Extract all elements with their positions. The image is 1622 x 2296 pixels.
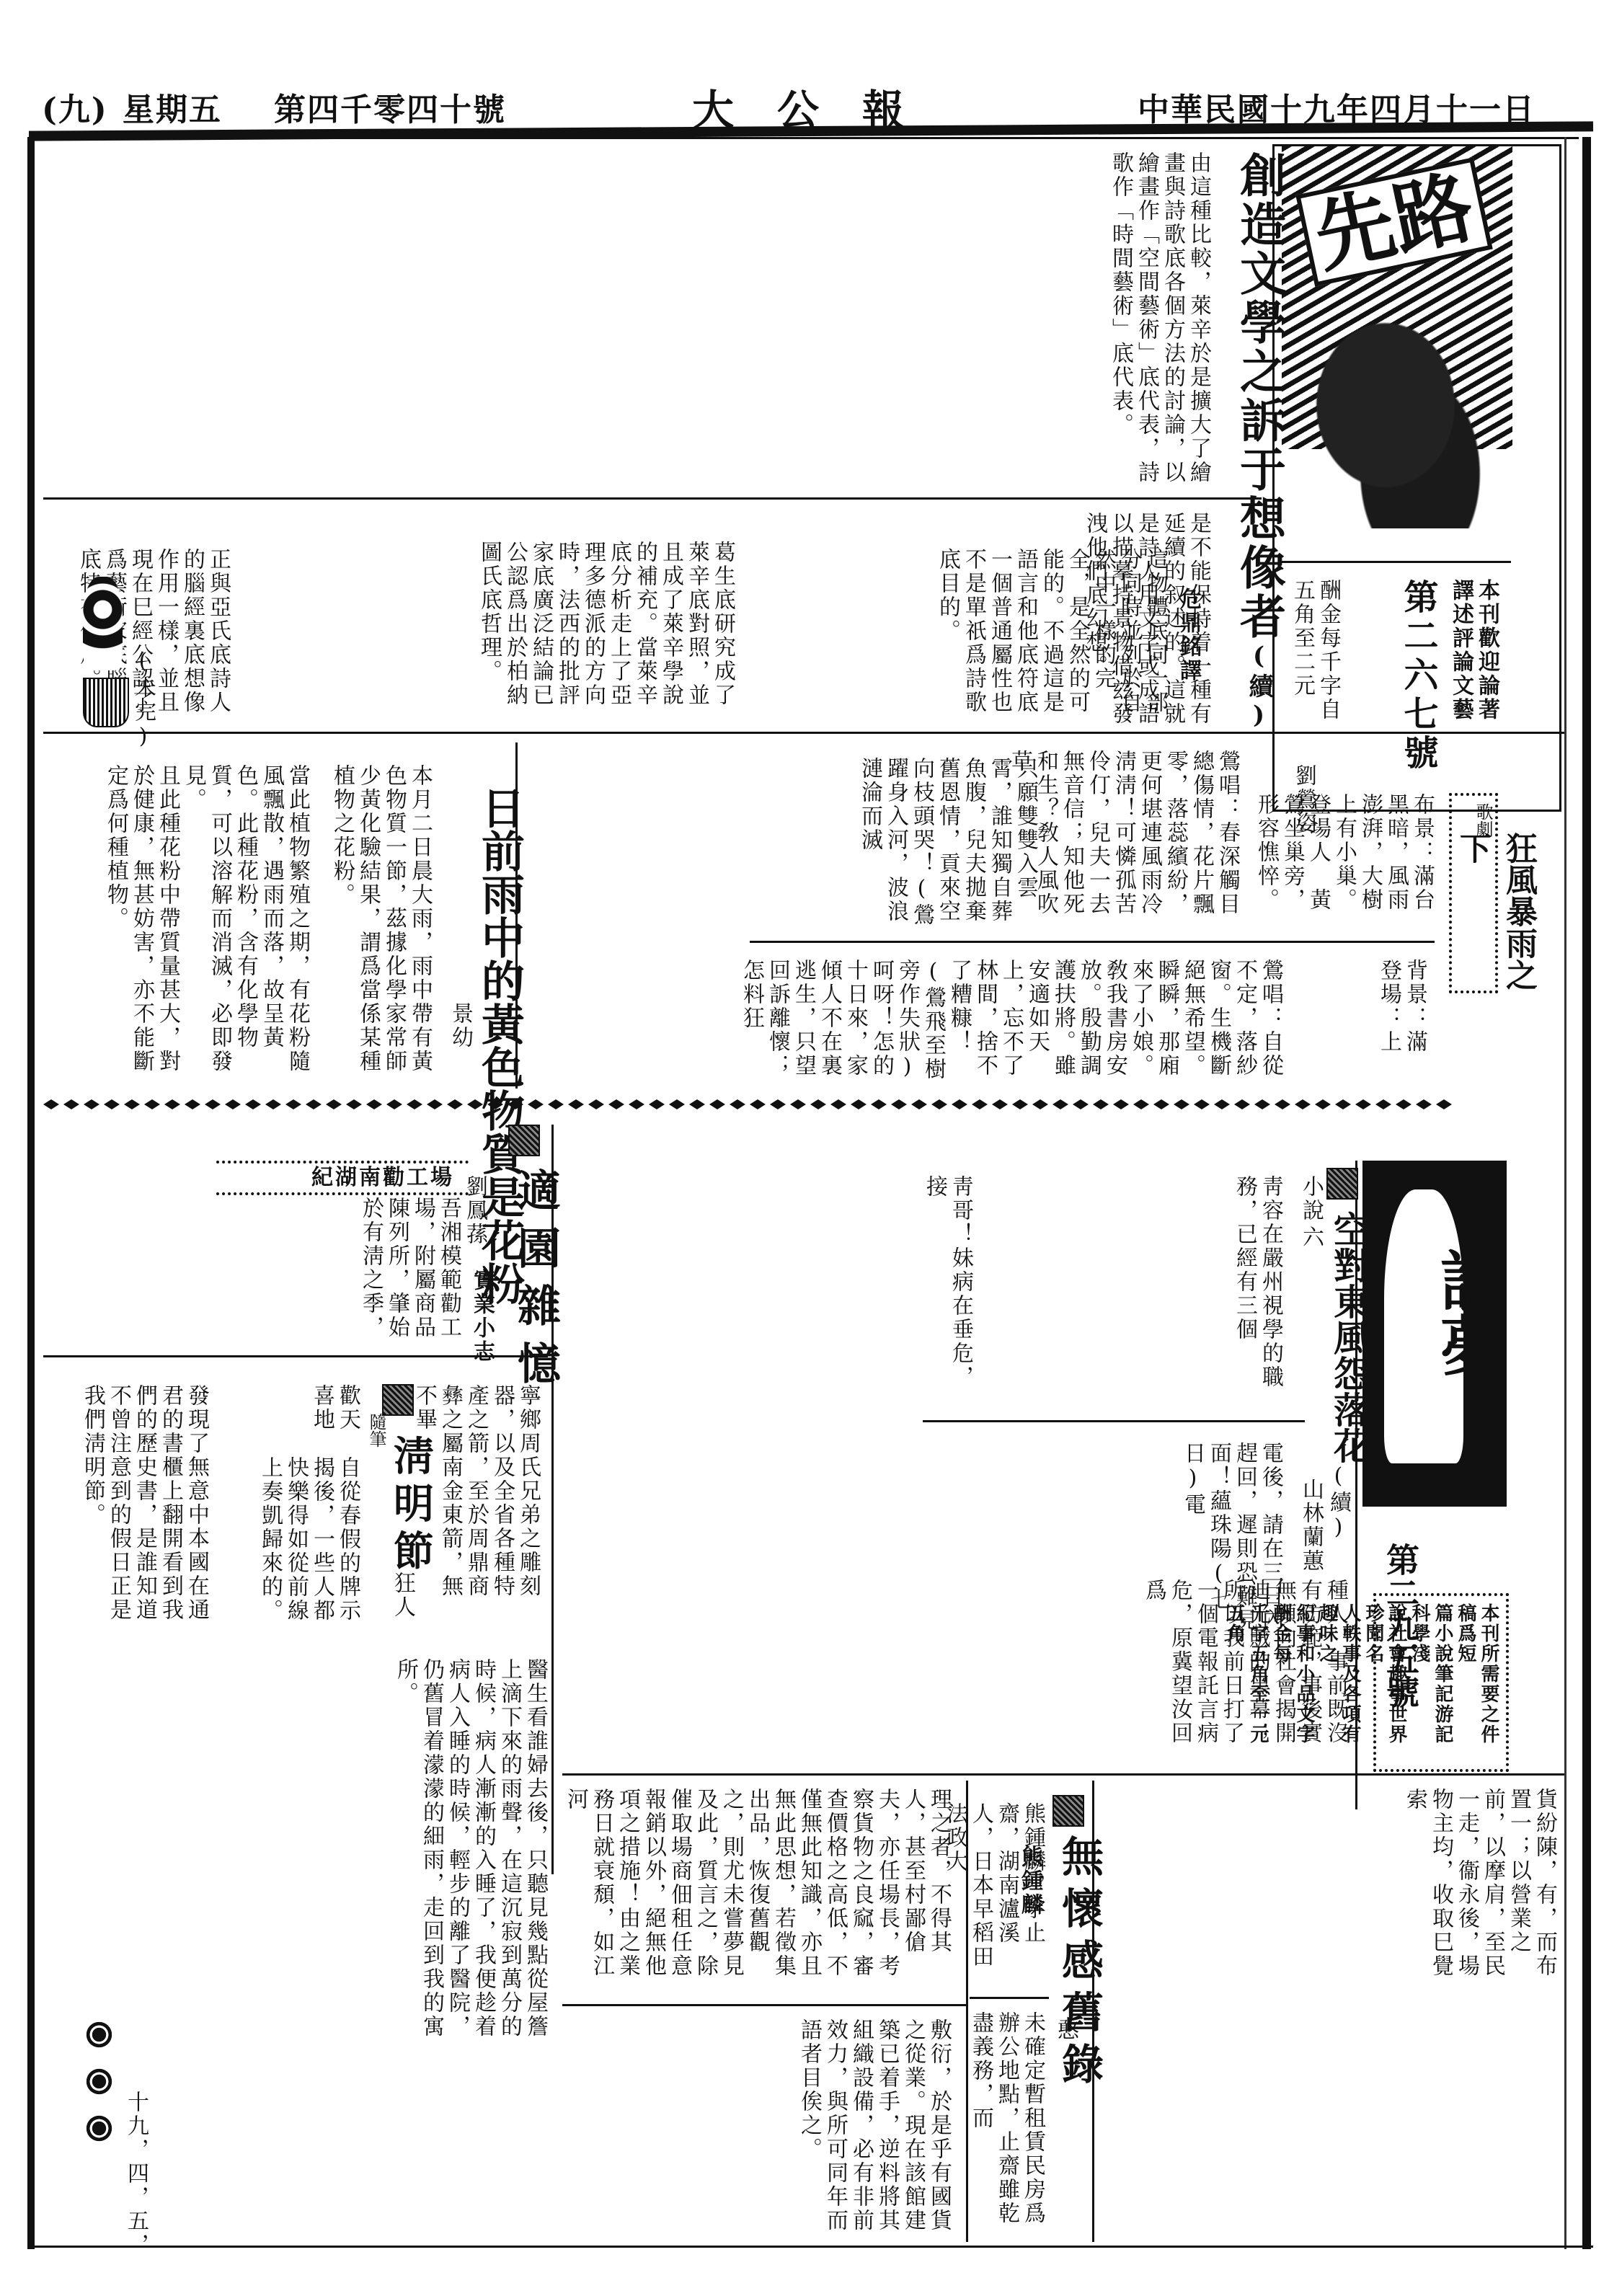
fiction-para-3: 種人，事前既沒有防範，事後實無顏向社會揭開迪光賊的黑幕；所以我前日打了一個電報託… <box>1009 1579 1348 1759</box>
pioneer-supplement-box: 先路 本刊歡迎論著 譯述評論文藝 第二六七號 酬金每千字自 五角至二元 <box>1272 144 1561 812</box>
column-rule <box>966 1781 968 2242</box>
masthead: (九) 星期五 第四千零四十號 大公報 中華民國十九年四月十一日 <box>29 85 1593 128</box>
wuhuai-para-2: 未確定暫租賃民房爲辦公地點，止齋雖乾盡義務，而 <box>973 2011 1045 2228</box>
fiction-para-1: 靑容在嚴州視學的職務，已經有三個 <box>1009 1175 1283 1413</box>
hunan-box-title: 紀湖南勸工場 <box>311 1165 454 1191</box>
translator-credit: 危鼎銘譯 <box>1175 588 1201 683</box>
pioneer-fee: 酬金每千字自 五角至二元 <box>1289 579 1341 795</box>
wuhuai-rule <box>970 1997 1049 1999</box>
essay-subtitle: 歡天喜地 <box>303 1384 360 1449</box>
to-be-continued: (未完) <box>130 649 156 751</box>
shiyuan-para-1: 吾湘模範勸工場，附屬商品陳列所，肇始於有淸之季， <box>216 1197 461 1348</box>
pioneer-notice: 本刊歡迎論著 譯述評論文藝 <box>1448 579 1499 795</box>
drama-title-frame: 歌劇 狂風暴雨之下 <box>1449 793 1498 993</box>
divider <box>1280 561 1511 563</box>
wuhuai-tag-icon <box>1052 1795 1084 1830</box>
page-number: (九) <box>42 84 108 130</box>
page-border-right <box>1582 137 1591 2249</box>
fiction-rule <box>923 1420 1305 1422</box>
floral-ornament <box>83 2018 115 2170</box>
market-rule <box>562 2004 966 2006</box>
memoir-tag-icon <box>508 1125 540 1159</box>
article-imagination-title: 創造文學之訴于想像者(續) <box>1226 151 1292 732</box>
essay-author: 狂人 <box>389 1572 415 1619</box>
article-imagination-body-4: 葛生底研究成了萊辛底對照，並且成了萊辛學說的補充。當萊辛底分析走上了亞理多德派的… <box>533 541 735 728</box>
drama-scene1-setting: 布景：滿台黑暗，風雨澎湃，大樹上有小巢。 登場人 黃鶯坐巢旁，形容憔悴。 <box>1240 793 1435 930</box>
section-rule <box>43 732 1564 734</box>
drama-closing: 只願雙雙入雲霄，誰知獨自葬魚腹，兒夫拋棄舊恩情，貢來空向枝頭哭！(鶯躍身入河，波… <box>750 757 1038 930</box>
wuhuai-memoir-title: 無懷感舊錄 <box>1049 1835 1109 2094</box>
essay-para-2: 發現了無意中本國在通君的書櫃上翻開看到我們的歷史書，是誰知道不曾注意到的假日正是… <box>43 1384 209 1629</box>
pioneer-issue-label: 第二六七號 <box>1393 579 1443 774</box>
pollen-article-para-1: 本月二日晨大雨，雨中帶有黃色物質一節，茲據化學家常師少黃化驗結果，謂爲當係某種植… <box>317 764 433 1096</box>
essay-date-line: 十九，四，五， <box>123 2091 149 2257</box>
fiction-telegram: 靑哥！妹病在垂危，接 <box>634 1175 973 1391</box>
page-border-left <box>27 137 35 2249</box>
ornamental-divider <box>43 1099 1456 1114</box>
article-imagination-body-3: 這物體底同一部分同時並列於自然中一樣的完全，是全然的可能的。不過這是語言和他底符… <box>966 548 1168 728</box>
fiction-author: 山林蘭蕙 <box>1298 1478 1324 1573</box>
market-para-1: 貨紛陳，有，而布置一；以營業之前，以摩肩，至民一走，衞永後，場物主均，收取巳覺索 <box>1110 1788 1557 1990</box>
essay-title: 淸明節 <box>382 1435 440 1577</box>
pollen-article-author: 景幼 <box>447 1002 473 1050</box>
fiction-section-tag: 小說 <box>1298 1175 1324 1223</box>
article-imagination-body-1: 由這種比較，萊辛於是擴大了繪畫與詩歌底各個方法的討論，以繪畫作「空間藝術」底代表… <box>779 151 1211 490</box>
drama-title: 狂風暴雨之下 <box>1449 832 1541 990</box>
drama-rule <box>750 941 1435 943</box>
drama-scene2-song: 鶯唱：自從不定，落紗窗。生機斷絕無希望。瞬瞬，那廂來了小娘。敎我書房安放。殷勤調… <box>836 959 1283 1096</box>
page-border-right-inner <box>1564 137 1566 2249</box>
fiction-chapter: 六 <box>1298 1225 1324 1249</box>
drama-scene2-setting: 背景：滿 登場：上 <box>1298 959 1427 1096</box>
market-para-3: 敷衍，於是乎有國貨之從業。現在該館建築已着手，逆料將其組織設備，必有非前效力，與… <box>562 2018 952 2235</box>
column-rule <box>43 497 1262 500</box>
flower-pot-ornament <box>76 577 130 728</box>
shiyuan-memoir-title: 適園雜憶 <box>505 1168 567 1399</box>
dream-talk-notice-box: 本刊所需要之件稿爲短 篇小說筆記游記科學淺 說社會趣事世界珍聞名 人軼事及各項有… <box>1373 1593 1509 1772</box>
hunan-box-header: 紀湖南勸工場 <box>216 1161 469 1195</box>
fiction-tag-icon <box>1326 1168 1358 1202</box>
section-rule <box>562 1773 1564 1776</box>
fiction-continued: (續) <box>1325 1463 1351 1542</box>
shiyuan-subsection: 實業小志 <box>469 1269 495 1364</box>
essay-para-3: 醫生看誰婦去後，只聽見幾點從屋簷上滴下來的雨聲，在這沉寂到萬分的時候，病人漸漸的… <box>144 1658 548 2047</box>
market-para-2: 理之者，不得其人，甚至村鄙傖夫，亦任場長，考察貨物之良窳，審查價格之高低，不僅無… <box>562 1788 952 1997</box>
issue-number: 第四千零四十號 <box>274 84 506 130</box>
wuhuai-para-1: 熊鍾麟，字止齋，湖南瀘溪人，日本早稻田法政大 <box>980 1802 1045 1990</box>
pollen-article-para-2: 當此植物繁殖之期，有花粉隨風飄散，遇雨而落，故呈黃色。此種花粉，含有化學物質，可… <box>43 764 310 1096</box>
wuhuai-memoir-author: 憨 <box>1052 2018 1078 2042</box>
fiction-story-title: 空對東風怨落花 <box>1323 1211 1375 1463</box>
page-bottom-rule <box>29 2246 1593 2248</box>
dream-talk-banner-title: 談夢 <box>1420 1247 1514 1377</box>
masthead-rule-thin <box>43 137 1579 139</box>
shiyuan-rule <box>43 1355 548 1357</box>
weekday: 星期五 <box>123 84 222 130</box>
column-rule <box>1092 1781 1094 2242</box>
dream-talk-illustration: 談夢 <box>1362 1161 1507 1507</box>
drama-scene1-song: 鶯唱：春深觸目總傷情，花片飄零，落蕊繽紛，更何堪連風雨冷淸淸！可憐孤苦伶仃，兒夫… <box>1052 750 1240 937</box>
essay-para-1: 自從春假的牌示揭後，一些人都快樂得如從前線上奏凱歸來的。 <box>216 1456 360 1636</box>
horseman-illustration <box>1282 254 1512 528</box>
